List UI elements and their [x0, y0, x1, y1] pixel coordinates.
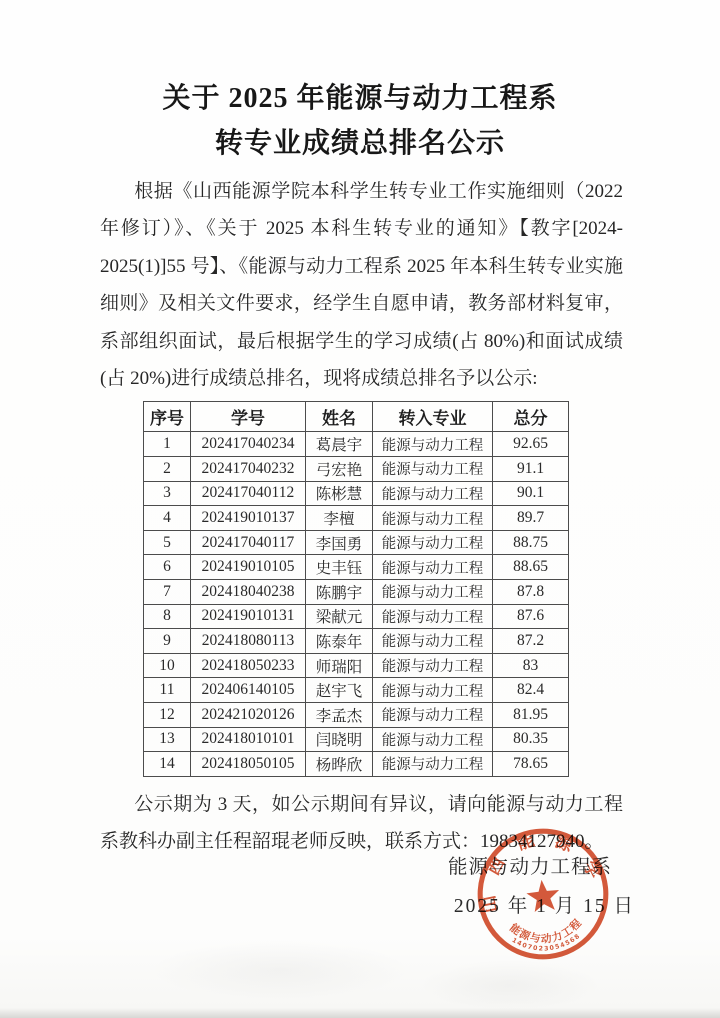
official-seal-stamp: 山西能源学院 能源与动力工程系 1407023054568	[459, 810, 626, 977]
table-cell-score: 88.75	[493, 530, 569, 555]
table-cell-rank: 14	[144, 752, 191, 777]
table-cell-name: 李孟杰	[306, 702, 373, 727]
table-cell-name: 赵宇飞	[306, 678, 373, 703]
table-cell-major: 能源与动力工程	[373, 481, 493, 506]
table-cell-student-id: 202418050233	[191, 653, 306, 678]
table-cell-name: 李国勇	[306, 530, 373, 555]
header-student-id: 学号	[191, 402, 306, 432]
table-cell-score: 80.35	[493, 727, 569, 752]
table-cell-score: 91.1	[493, 457, 569, 482]
table-cell-name: 师瑞阳	[306, 653, 373, 678]
table-cell-student-id: 202418010101	[191, 727, 306, 752]
table-cell-student-id: 202417040232	[191, 457, 306, 482]
table-cell-student-id: 202418040238	[191, 580, 306, 605]
table-cell-student-id: 202417040117	[191, 530, 306, 555]
table-cell-major: 能源与动力工程	[373, 678, 493, 703]
table-cell-student-id: 202419010131	[191, 604, 306, 629]
table-cell-student-id: 202417040112	[191, 481, 306, 506]
table-cell-major: 能源与动力工程	[373, 653, 493, 678]
table-cell-name: 弓宏艳	[306, 457, 373, 482]
table-cell-score: 87.2	[493, 629, 569, 654]
header-name: 姓名	[306, 402, 373, 432]
table-cell-name: 史丰钰	[306, 555, 373, 580]
table-cell-score: 81.95	[493, 702, 569, 727]
header-rank: 序号	[144, 402, 191, 432]
table-cell-name: 梁献元	[306, 604, 373, 629]
table-cell-rank: 12	[144, 702, 191, 727]
table-row: 5202417040117李国勇能源与动力工程88.75	[144, 530, 569, 555]
table-row: 11202406140105赵宇飞能源与动力工程82.4	[144, 678, 569, 703]
table-cell-student-id: 202419010105	[191, 555, 306, 580]
table-cell-student-id: 202417040234	[191, 432, 306, 457]
table-row: 8202419010131梁献元能源与动力工程87.6	[144, 604, 569, 629]
header-major: 转入专业	[373, 402, 493, 432]
table-header: 序号 学号 姓名 转入专业 总分	[144, 402, 569, 432]
table-cell-student-id: 202419010137	[191, 506, 306, 531]
table-cell-score: 89.7	[493, 506, 569, 531]
table-cell-rank: 8	[144, 604, 191, 629]
table-row: 2202417040232弓宏艳能源与动力工程91.1	[144, 457, 569, 482]
table-row: 12202421020126李孟杰能源与动力工程81.95	[144, 702, 569, 727]
table-cell-rank: 7	[144, 580, 191, 605]
document-title: 关于 2025 年能源与动力工程系 转专业成绩总排名公示	[0, 76, 720, 166]
table-cell-name: 闫晓明	[306, 727, 373, 752]
table-cell-name: 陈鹏宇	[306, 580, 373, 605]
table-cell-major: 能源与动力工程	[373, 530, 493, 555]
table-cell-score: 88.65	[493, 555, 569, 580]
table-row: 14202418050105杨晔欣能源与动力工程78.65	[144, 752, 569, 777]
table-cell-rank: 3	[144, 481, 191, 506]
table-cell-rank: 5	[144, 530, 191, 555]
table-cell-rank: 10	[144, 653, 191, 678]
table-cell-student-id: 202406140105	[191, 678, 306, 703]
table-row: 13202418010101闫晓明能源与动力工程80.35	[144, 727, 569, 752]
table-cell-name: 葛晨宇	[306, 432, 373, 457]
table-cell-student-id: 202418080113	[191, 629, 306, 654]
title-line-1: 关于 2025 年能源与动力工程系	[0, 76, 720, 121]
table-cell-score: 87.6	[493, 604, 569, 629]
table-cell-major: 能源与动力工程	[373, 580, 493, 605]
table-cell-score: 83	[493, 653, 569, 678]
table-cell-rank: 2	[144, 457, 191, 482]
score-table-body: 1202417040234葛晨宇能源与动力工程92.65220241704023…	[144, 432, 569, 776]
table-cell-rank: 11	[144, 678, 191, 703]
table-cell-name: 陈泰年	[306, 629, 373, 654]
table-cell-name: 杨晔欣	[306, 752, 373, 777]
table-cell-major: 能源与动力工程	[373, 629, 493, 654]
table-cell-major: 能源与动力工程	[373, 752, 493, 777]
table-cell-major: 能源与动力工程	[373, 432, 493, 457]
table-cell-rank: 13	[144, 727, 191, 752]
table-cell-name: 陈彬慧	[306, 481, 373, 506]
table-cell-student-id: 202418050105	[191, 752, 306, 777]
table-cell-student-id: 202421020126	[191, 702, 306, 727]
ranking-table: 序号 学号 姓名 转入专业 总分 1202417040234葛晨宇能源与动力工程…	[143, 401, 569, 776]
table-row: 9202418080113陈泰年能源与动力工程87.2	[144, 629, 569, 654]
table-cell-score: 82.4	[493, 678, 569, 703]
table-row: 7202418040238陈鹏宇能源与动力工程87.8	[144, 580, 569, 605]
table-cell-major: 能源与动力工程	[373, 727, 493, 752]
table-cell-score: 90.1	[493, 481, 569, 506]
table-row: 6202419010105史丰钰能源与动力工程88.65	[144, 555, 569, 580]
table-row: 4202419010137李檀能源与动力工程89.7	[144, 506, 569, 531]
scanned-document-page: 关于 2025 年能源与动力工程系 转专业成绩总排名公示 根据《山西能源学院本科…	[0, 0, 720, 1018]
table-cell-major: 能源与动力工程	[373, 702, 493, 727]
title-line-2: 转专业成绩总排名公示	[0, 121, 720, 166]
table-cell-rank: 6	[144, 555, 191, 580]
table-cell-rank: 9	[144, 629, 191, 654]
table-cell-major: 能源与动力工程	[373, 506, 493, 531]
scan-edge-shadow	[0, 1008, 720, 1018]
table-row: 3202417040112陈彬慧能源与动力工程90.1	[144, 481, 569, 506]
table-cell-rank: 1	[144, 432, 191, 457]
header-score: 总分	[493, 402, 569, 432]
table-cell-rank: 4	[144, 506, 191, 531]
table-cell-score: 92.65	[493, 432, 569, 457]
table-cell-major: 能源与动力工程	[373, 555, 493, 580]
table-cell-major: 能源与动力工程	[373, 457, 493, 482]
seal-star-icon	[525, 878, 561, 912]
table-row: 1202417040234葛晨宇能源与动力工程92.65	[144, 432, 569, 457]
scan-smudge	[150, 940, 410, 1000]
table-cell-name: 李檀	[306, 506, 373, 531]
table-cell-major: 能源与动力工程	[373, 604, 493, 629]
seal-outer-text: 山西能源学院	[459, 810, 608, 916]
scan-smudge	[420, 960, 600, 1010]
intro-paragraph: 根据《山西能源学院本科学生转专业工作实施细则（2022 年修订）》、《关于 20…	[100, 173, 623, 397]
table-cell-score: 87.8	[493, 580, 569, 605]
table-header-row: 序号 学号 姓名 转入专业 总分	[144, 402, 569, 432]
table-row: 10202418050233师瑞阳能源与动力工程83	[144, 653, 569, 678]
table-cell-score: 78.65	[493, 752, 569, 777]
